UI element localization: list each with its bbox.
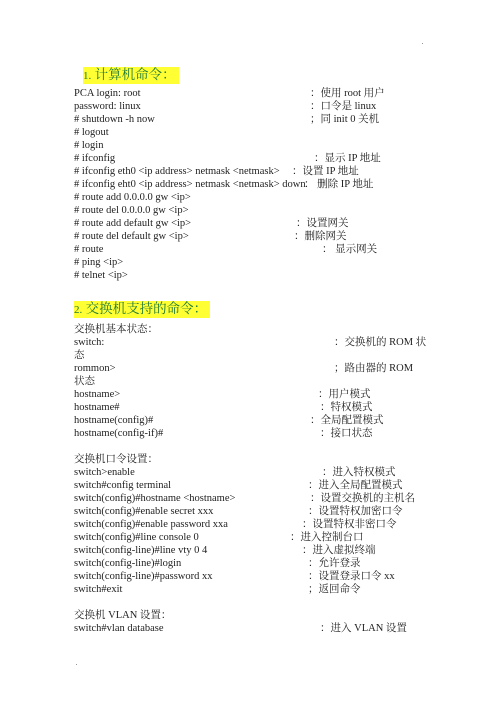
- command-line: switch(config-line)#login: [74, 557, 181, 570]
- command-comment-wrap: 状态: [74, 375, 95, 388]
- command-comment: ：进入虚拟终端: [302, 544, 376, 557]
- command-line: # ifconfig eht0 <ip address> netmask <ne…: [74, 178, 306, 191]
- command-comment: ：设置 IP 地址: [292, 165, 359, 178]
- command-line: hostname>: [74, 388, 120, 401]
- command-line: switch(config)#line console 0: [74, 531, 199, 544]
- command-comment: ：口令是 linux: [310, 100, 376, 113]
- subsection-title: 交换机基本状态：: [74, 323, 158, 336]
- section-number: 2.: [74, 304, 82, 316]
- command-comment: ：允许登录: [308, 557, 361, 570]
- command-line: # shutdown -h now: [74, 113, 155, 126]
- command-comment: ：进入 VLAN 设置: [320, 622, 407, 635]
- command-line: switch>enable: [74, 466, 135, 479]
- command-line: switch#vlan database: [74, 622, 164, 635]
- command-comment: ：用户模式: [318, 388, 371, 401]
- command-comment: ：设置网关: [296, 217, 349, 230]
- command-comment: ；路由器的 ROM: [334, 362, 413, 375]
- command-line: hostname#: [74, 401, 120, 414]
- command-line: PCA login: root: [74, 87, 141, 100]
- command-comment: ：设置登录口令 xx: [308, 570, 395, 583]
- command-comment: ：全局配置模式: [310, 414, 384, 427]
- command-line: password: linux: [74, 100, 141, 113]
- command-line: # logout: [74, 126, 109, 139]
- command-comment: ；返回命令: [308, 583, 361, 596]
- command-line: # ifconfig eth0 <ip address> netmask <ne…: [74, 165, 280, 178]
- command-line: switch(config)#hostname <hostname>: [74, 492, 235, 505]
- page-mark: [76, 664, 77, 665]
- command-line: # route add 0.0.0.0 gw <ip>: [74, 191, 191, 204]
- command-comment: ：接口状态: [320, 427, 373, 440]
- command-line: # login: [74, 139, 103, 152]
- command-line: switch(config-line)#line vty 0 4: [74, 544, 207, 557]
- command-comment: ：设置特权非密口令: [302, 518, 397, 531]
- command-comment: ：进入特权模式: [322, 466, 396, 479]
- command-line: hostname(config)#: [74, 414, 153, 427]
- command-line: # telnet <ip>: [74, 269, 128, 282]
- command-line: switch#exit: [74, 583, 122, 596]
- command-comment: ：删除网关: [294, 230, 347, 243]
- command-comment: ：进入控制台口: [290, 531, 364, 544]
- command-comment-wrap: 态: [74, 349, 85, 362]
- command-comment: ：交换机的 ROM 状: [334, 336, 426, 349]
- command-comment: ： 显示网关: [322, 243, 377, 256]
- subsection-title: 交换机口令设置：: [74, 453, 158, 466]
- command-line: # route add default gw <ip>: [74, 217, 191, 230]
- command-comment: ：进入全局配置模式: [308, 479, 403, 492]
- command-line: switch(config-line)#password xx: [74, 570, 213, 583]
- section-2-heading: 2. 交换机支持的命令：: [74, 301, 210, 318]
- section-title: 交换机支持的命令：: [86, 301, 208, 316]
- command-comment: ：显示 IP 地址: [314, 152, 381, 165]
- command-line: switch(config)#enable password xxa: [74, 518, 228, 531]
- command-line: # route del default gw <ip>: [74, 230, 189, 243]
- command-line: switch#config terminal: [74, 479, 171, 492]
- section-number: 1.: [83, 70, 91, 82]
- command-line: rommon>: [74, 362, 116, 375]
- subsection-title: 交换机 VLAN 设置：: [74, 609, 171, 622]
- page-mark: [422, 43, 423, 44]
- command-line: hostname(config-if)#: [74, 427, 163, 440]
- command-comment: ：设置特权加密口令: [308, 505, 403, 518]
- section-1-heading: 1. 计算机命令：: [83, 67, 179, 84]
- command-comment: ：设置交换机的主机名: [310, 492, 415, 505]
- command-line: switch:: [74, 336, 104, 349]
- command-line: # ping <ip>: [74, 256, 123, 269]
- command-line: # ifconfig: [74, 152, 115, 165]
- command-comment: ：特权模式: [320, 401, 373, 414]
- command-line: # route del 0.0.0.0 gw <ip>: [74, 204, 189, 217]
- command-comment: ： 删除 IP 地址: [304, 178, 373, 191]
- command-line: # route: [74, 243, 103, 256]
- section-title: 计算机命令：: [95, 67, 176, 82]
- command-comment: ：使用 root 用户: [310, 87, 385, 100]
- command-line: switch(config)#enable secret xxx: [74, 505, 213, 518]
- command-comment: ；同 init 0 关机: [310, 113, 379, 126]
